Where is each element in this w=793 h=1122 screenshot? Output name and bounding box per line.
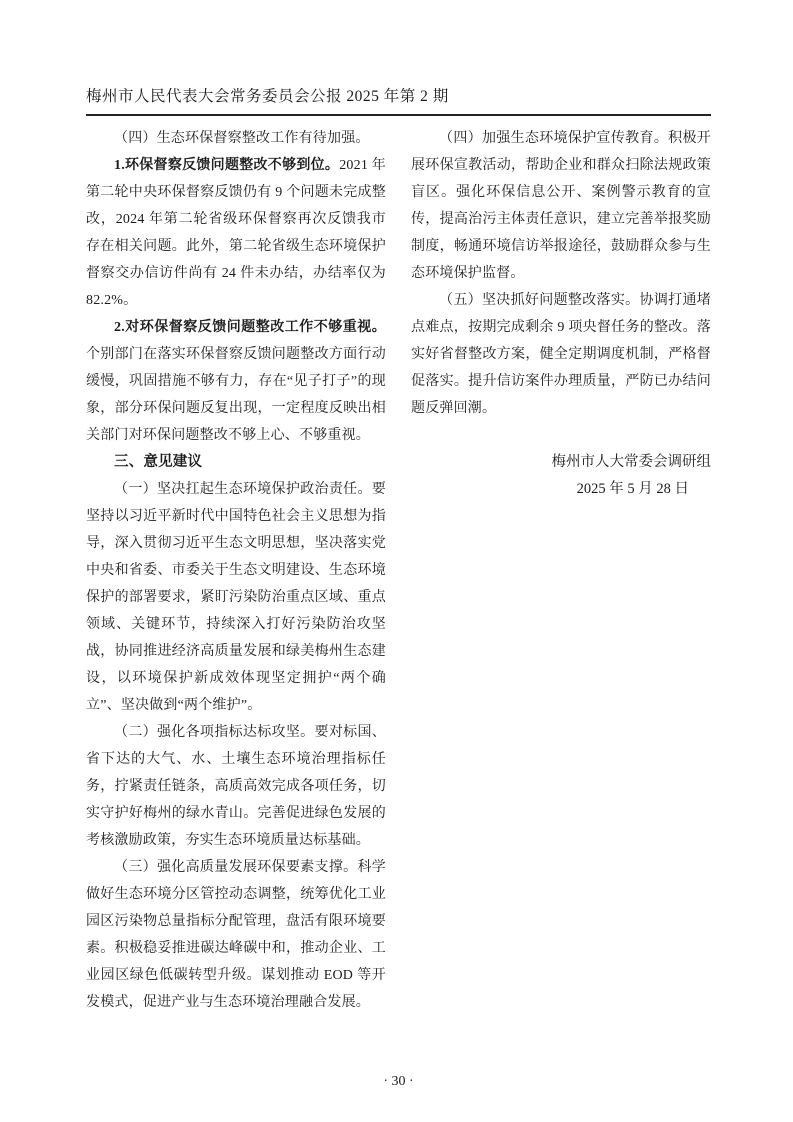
signature-block: 梅州市人大常委会调研组 2025 年 5 月 28 日 (411, 449, 711, 503)
paragraph-lead: 1.环保督察反馈问题整改不够到位。 (114, 158, 339, 173)
paragraph-lead: （二）强化各项指标达标攻坚。 (114, 725, 315, 740)
para-suggestion-5: （五）坚决抓好问题整改落实。协调打通堵点难点，按期完成剩余 9 项央督任务的整改… (411, 287, 711, 422)
signature-group: 梅州市人大常委会调研组 (411, 449, 711, 476)
right-column: （四）加强生态环境保护宣传教育。积极开展环保宣教活动，帮助企业和群众扫除法规政策… (411, 125, 711, 1016)
paragraph-lead: （四）加强生态环境保护宣传教育。 (439, 131, 668, 146)
paragraph-text: 积极开展环保宣教活动，帮助企业和群众扫除法规政策盲区。强化环保信息公开、案例警示… (411, 131, 711, 281)
section-heading-suggestions: 三、意见建议 (86, 449, 386, 476)
signature-date: 2025 年 5 月 28 日 (411, 476, 711, 503)
paragraph-text: 个别部门在落实环保督察反馈问题整改方面行动缓慢，巩固措施不够有力，存在“见子打子… (86, 347, 386, 443)
journal-header: 梅州市人民代表大会常务委员会公报 2025 年第 2 期 (86, 87, 711, 116)
para-point-1: 1.环保督察反馈问题整改不够到位。2021 年第二轮中央环保督察反馈仍有 9 个… (86, 152, 386, 314)
paragraph-text: 科学做好生态环境分区管控动态调整，统筹优化工业园区污染物总量指标分配管理，盘活有… (86, 860, 386, 1010)
page-number: · 30 · (383, 1074, 413, 1089)
paragraph-text: 要坚持以习近平新时代中国特色社会主义思想为指导，深入贯彻习近平生态文明思想，坚决… (86, 482, 386, 713)
paragraph-text: 2021 年第二轮中央环保督察反馈仍有 9 个问题未完成整改，2024 年第二轮… (86, 158, 386, 308)
paragraph-text: 要对标国、省下达的大气、水、土壤生态环境治理指标任务，拧紧责任链条，高质高效完成… (86, 725, 386, 848)
two-column-body: （四）生态环保督察整改工作有待加强。 1.环保督察反馈问题整改不够到位。2021… (86, 125, 711, 1016)
left-column: （四）生态环保督察整改工作有待加强。 1.环保督察反馈问题整改不够到位。2021… (86, 125, 386, 1016)
document-page: 梅州市人民代表大会常务委员会公报 2025 年第 2 期 （四）生态环保督察整改… (0, 0, 793, 1122)
paragraph-text: 协调打通堵点难点，按期完成剩余 9 项央督任务的整改。落实好省督整改方案，健全定… (411, 293, 711, 416)
para-suggestion-2: （二）强化各项指标达标攻坚。要对标国、省下达的大气、水、土壤生态环境治理指标任务… (86, 719, 386, 854)
para-point-2: 2.对环保督察反馈问题整改工作不够重视。个别部门在落实环保督察反馈问题整改方面行… (86, 314, 386, 449)
paragraph-lead: （五）坚决抓好问题整改落实。 (439, 293, 640, 308)
para-item-4-heading: （四）生态环保督察整改工作有待加强。 (86, 125, 386, 152)
para-suggestion-4: （四）加强生态环境保护宣传教育。积极开展环保宣教活动，帮助企业和群众扫除法规政策… (411, 125, 711, 287)
journal-title: 梅州市人民代表大会常务委员会公报 2025 年第 2 期 (86, 88, 449, 105)
para-suggestion-3: （三）强化高质量发展环保要素支撑。科学做好生态环境分区管控动态调整，统筹优化工业… (86, 854, 386, 1016)
paragraph-lead: （四）生态环保督察整改工作有待加强。 (114, 131, 370, 146)
paragraph-lead: （三）强化高质量发展环保要素支撑。 (114, 860, 357, 875)
page-footer: · 30 · (86, 1074, 711, 1090)
section-heading-label: 三、意见建议 (114, 454, 202, 470)
para-suggestion-1: （一）坚决扛起生态环境保护政治责任。要坚持以习近平新时代中国特色社会主义思想为指… (86, 476, 386, 719)
paragraph-lead: 2.对环保督察反馈问题整改工作不够重视。 (114, 320, 386, 335)
paragraph-lead: （一）坚决扛起生态环境保护政治责任。 (114, 482, 372, 497)
